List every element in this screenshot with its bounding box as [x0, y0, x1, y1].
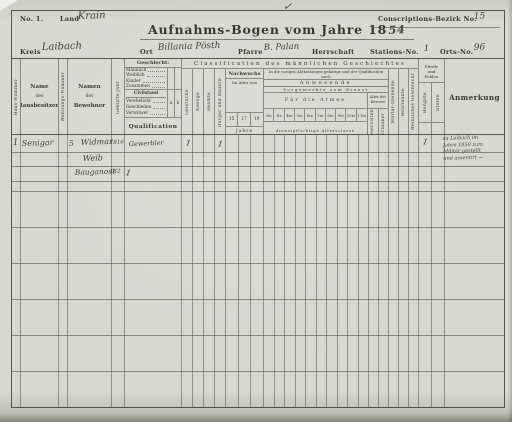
row-divider	[12, 263, 504, 264]
grid-cell	[112, 135, 125, 407]
grid-cell	[264, 135, 275, 407]
grid-cell	[432, 135, 445, 407]
civilstand-title: Civilstand	[126, 91, 166, 98]
col-class-3: Beamte	[204, 69, 215, 135]
geschlecht-title: Geschlecht:	[125, 59, 181, 68]
grid-cell	[215, 135, 226, 407]
grid-cell	[251, 135, 264, 407]
grid-cell	[379, 135, 389, 407]
grid-cell	[226, 135, 239, 407]
grid-cell	[317, 135, 328, 407]
ort-value: Billania Pösth	[158, 41, 221, 53]
pfarre-value: B. Palan	[264, 42, 300, 53]
entry-haus-nr: 1	[13, 138, 19, 148]
stations-value: 1	[424, 44, 430, 54]
orts-value: 96	[474, 43, 486, 53]
form-title: Aufnahms-Bogen vom Jahre 1854	[140, 22, 414, 40]
entry-anmerkung: zu Laibach im Jahre 1850 zum Militär ges…	[443, 134, 502, 162]
grid-cell	[306, 135, 317, 407]
pfarre-label: Pfarre	[238, 48, 263, 56]
form-header: No. 1. Land Krain Conscriptions-Bezirk N…	[12, 11, 504, 58]
entry-hausbesitzer: Senigar	[22, 138, 54, 148]
row-divider	[12, 152, 504, 153]
grid-cell	[419, 135, 432, 407]
conscription-value: 15	[474, 12, 486, 22]
col-wohnungs-nummer: Wohnungs-Nummer	[59, 59, 68, 135]
entry-qualification-1: Gewerbler	[129, 139, 164, 148]
age-class-cells: 2te 3te 4te 5te 6te 7te 8te 9te 10te 11t…	[264, 109, 367, 122]
grid-cell	[204, 135, 215, 407]
table-header: Haus-Nummer NamedesHausbesitzers Wohnung…	[12, 58, 504, 135]
col-armee-block: In die vorigen Abtheilungen gehörige und…	[264, 69, 389, 135]
entry-geburtsjahr-3: 182	[110, 169, 121, 175]
entry-bewohner-1: Widmar	[81, 137, 113, 147]
col-bewohner: NamenderBewohner	[68, 59, 112, 135]
classification-title: Classification des männlichen Geschlecht…	[182, 59, 419, 69]
entry-wohnungs-nr: 5	[69, 139, 74, 148]
form-frame: No. 1. Land Krain Conscriptions-Bezirk N…	[11, 10, 505, 408]
col-class-4: Bürger und Bauern	[215, 69, 226, 135]
geschlecht-value-columns	[167, 68, 181, 89]
grid-cell	[125, 135, 182, 407]
grid-cell	[12, 135, 21, 407]
form-title-year: 54	[388, 23, 406, 37]
grid-cell	[445, 135, 504, 407]
grid-cell	[21, 135, 59, 407]
row-divider	[12, 181, 504, 182]
grid-cell	[338, 135, 349, 407]
page-edge-bottom	[0, 413, 512, 422]
entry-bewohner-2: Weib	[83, 153, 103, 163]
kreis-value: Laibach	[42, 41, 83, 53]
row-divider	[12, 299, 504, 300]
col-class-1: Geistliche	[182, 69, 193, 135]
col-anmerkung: Anmerkung	[445, 59, 504, 135]
form-title-printed: Aufnahms-Bogen vom Jahre 18	[148, 22, 387, 37]
col-geschlecht-block: Geschlecht: Männlich Weiblich Kinder Zus…	[125, 59, 182, 135]
col-weibliches-geschlecht: Weibliches Geschlecht	[409, 69, 419, 135]
scanned-form-sheet: ✓ No. 1. Land Krain Conscriptions-Bezirk…	[0, 0, 512, 422]
ort-label: Ort	[140, 48, 153, 56]
grid-cell	[327, 135, 338, 407]
form-number: No. 1.	[20, 15, 43, 23]
grid-cell	[239, 135, 251, 407]
grid-cell	[193, 135, 204, 407]
grid-cell	[389, 135, 399, 407]
table-body: 1 Senigar 5 Widmar 1816 Gewerbler 1 1 1 …	[12, 135, 504, 407]
grid-cell	[182, 135, 193, 407]
col-nachwuchs-block: Nachwuchs Im Alter von 15 17 19 Jahre	[226, 69, 264, 135]
grid-cell	[285, 135, 296, 407]
grid-cell	[348, 135, 359, 407]
orts-label: Orts-No.	[440, 48, 473, 56]
grid-cell	[369, 135, 379, 407]
grid-cell	[409, 135, 419, 407]
grid-cell	[275, 135, 286, 407]
land-value: Krain	[78, 10, 106, 22]
col-beurlaubte: Beurlaubte	[399, 69, 409, 135]
col-class-2: Adelige	[193, 69, 204, 135]
page-edge-right	[508, 0, 512, 422]
row-divider	[12, 227, 504, 228]
civilstand-value-columns: a b	[167, 90, 181, 117]
col-haus-nummer: Haus-Nummer	[12, 59, 21, 135]
col-hausbesitzer: NamedesHausbesitzers	[21, 59, 59, 135]
grid-cell	[399, 135, 409, 407]
grid-cell	[296, 135, 307, 407]
land-label: Land	[60, 15, 79, 23]
col-militaer: Militär-Dienende	[389, 69, 399, 135]
stations-label: Stations-No.	[370, 48, 419, 56]
grid-cell	[59, 135, 68, 407]
reserve-subblock: Alter der Reserve Reservisten Urlauber	[367, 93, 388, 135]
col-vieh-block: Pferde und Fohlen Hengste Stuten	[419, 59, 445, 135]
col-geburts-jahr: Geburts-Jahr	[112, 59, 125, 135]
herrschaft-label: Herrschaft	[312, 48, 354, 56]
grid-cell	[359, 135, 370, 407]
qualification-title: Qualification	[125, 118, 181, 135]
kreis-label: Kreis	[20, 48, 41, 56]
entry-geburtsjahr-1: 1816	[110, 140, 124, 146]
row-divider	[12, 335, 504, 336]
row-divider	[12, 371, 504, 372]
vieh-bottom-cells	[419, 122, 444, 135]
row-divider	[12, 191, 504, 192]
